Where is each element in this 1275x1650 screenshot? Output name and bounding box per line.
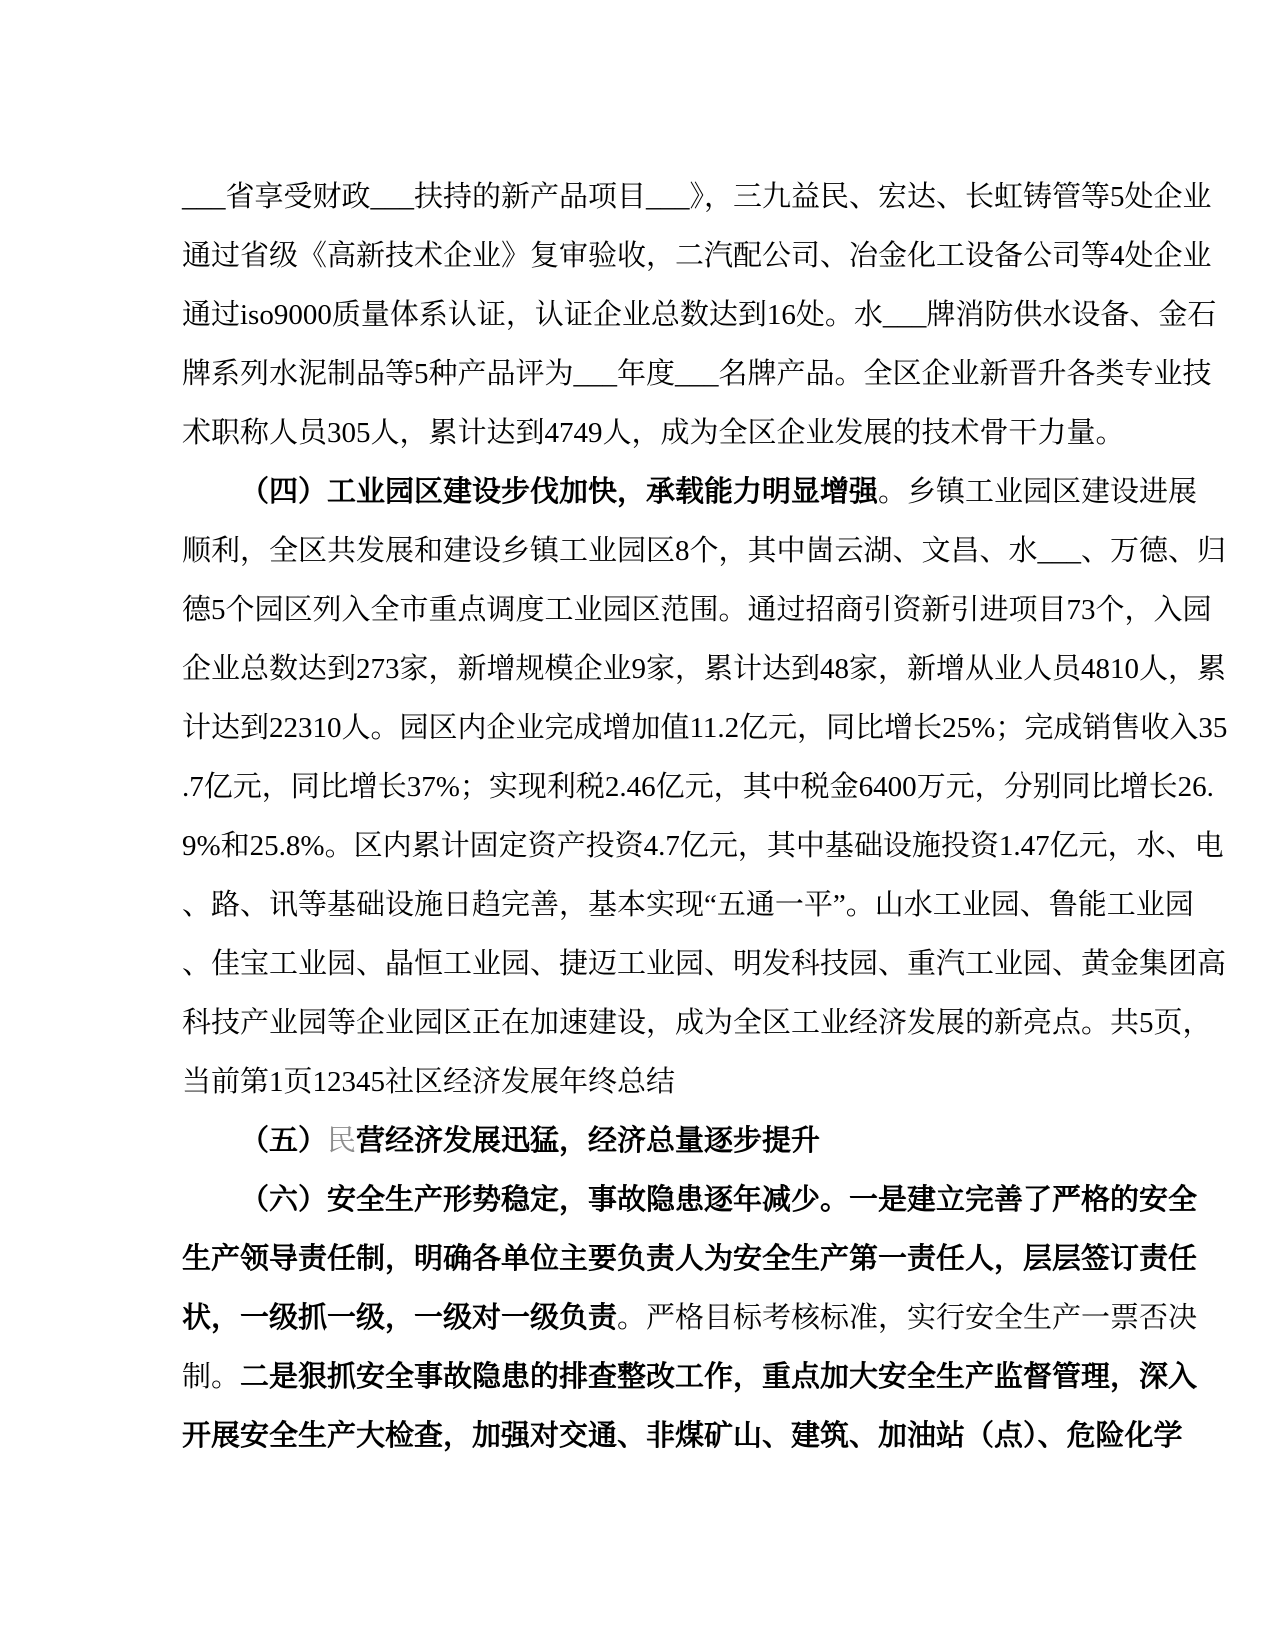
text-line: 状，一级抓一级，一级对一级负责。严格目标考核标准，实行安全生产一票否决 xyxy=(182,1289,1112,1348)
text-segment: 通过省级《高新技术企业》复审验收，二汽配公司、冶金化工设备公司等4处企业 xyxy=(182,240,1212,272)
text-segment: 状，一级抓一级，一级对一级负责 xyxy=(182,1302,617,1334)
text-segment: 二是狠抓安全事故隐患的排查整改工作，重点加大安全生产监督管理，深入 xyxy=(240,1361,1197,1393)
text-segment: 9%和25.8%。区内累计固定资产投资4.7亿元，其中基础设施投资1.47亿元，… xyxy=(182,830,1224,862)
text-segment: 开展安全生产大检查，加强对交通、非煤矿山、建筑、加油站（点）、危险化学 xyxy=(182,1420,1183,1452)
text-segment: 科技产业园等企业园区正在加速建设，成为全区工业经济发展的新亮点。共5页， xyxy=(182,1007,1212,1039)
text-segment: 企业总数达到273家，新增规模企业9家，累计达到48家，新增从业人员4810人，… xyxy=(182,653,1226,685)
text-segment: （四）工业园区建设步伐加快，承载能力明显增强 xyxy=(240,476,878,508)
text-segment: 生产领导责任制，明确各单位主要负责人为安全生产第一责任人，层层签订责任 xyxy=(182,1243,1197,1275)
text-line: 9%和25.8%。区内累计固定资产投资4.7亿元，其中基础设施投资1.47亿元，… xyxy=(182,817,1112,876)
text-segment: 顺利，全区共发展和建设乡镇工业园区8个，其中崮云湖、文昌、水___、万德、归 xyxy=(182,535,1226,567)
text-line: （四）工业园区建设步伐加快，承载能力明显增强。乡镇工业园区建设进展 xyxy=(182,463,1112,522)
text-segment: （六）安全生产形势稳定，事故隐患逐年减少。一是建立完善了严格的安全 xyxy=(240,1184,1197,1216)
text-segment: ___省享受财政___扶持的新产品项目___》，三九益民、宏达、长虹铸管等5处企… xyxy=(182,181,1212,213)
text-line: （五）民营经济发展迅猛，经济总量逐步提升 xyxy=(182,1112,1112,1171)
text-line: 制。二是狠抓安全事故隐患的排查整改工作，重点加大安全生产监督管理，深入 xyxy=(182,1348,1112,1407)
text-segment: 牌系列水泥制品等5种产品评为___年度___名牌产品。全区企业新晋升各类专业技 xyxy=(182,358,1212,390)
text-segment: 制。 xyxy=(182,1361,240,1393)
text-line: 德5个园区列入全市重点调度工业园区范围。通过招商引资新引进项目73个，入园 xyxy=(182,581,1112,640)
text-line: 当前第1页12345社区经济发展年终总结 xyxy=(182,1053,1112,1112)
text-line: 牌系列水泥制品等5种产品评为___年度___名牌产品。全区企业新晋升各类专业技 xyxy=(182,345,1112,404)
text-segment: 民 xyxy=(327,1125,356,1157)
text-line: ___省享受财政___扶持的新产品项目___》，三九益民、宏达、长虹铸管等5处企… xyxy=(182,168,1112,227)
text-segment: 术职称人员305人，累计达到4749人，成为全区企业发展的技术骨干力量。 xyxy=(182,417,1125,449)
text-segment: 德5个园区列入全市重点调度工业园区范围。通过招商引资新引进项目73个，入园 xyxy=(182,594,1212,626)
text-segment: 计达到22310人。园区内企业完成增加值11.2亿元，同比增长25%；完成销售收… xyxy=(182,712,1227,744)
text-segment: （五） xyxy=(240,1125,327,1157)
text-line: 术职称人员305人，累计达到4749人，成为全区企业发展的技术骨干力量。 xyxy=(182,404,1112,463)
text-line: 开展安全生产大检查，加强对交通、非煤矿山、建筑、加油站（点）、危险化学 xyxy=(182,1407,1112,1466)
text-line: 通过iso9000质量体系认证，认证企业总数达到16处。水___牌消防供水设备、… xyxy=(182,286,1112,345)
text-line: 、佳宝工业园、晶恒工业园、捷迈工业园、明发科技园、重汽工业园、黄金集团高 xyxy=(182,935,1112,994)
text-segment: 。乡镇工业园区建设进展 xyxy=(878,476,1197,508)
text-line: 企业总数达到273家，新增规模企业9家，累计达到48家，新增从业人员4810人，… xyxy=(182,640,1112,699)
text-line: （六）安全生产形势稳定，事故隐患逐年减少。一是建立完善了严格的安全 xyxy=(182,1171,1112,1230)
text-line: 计达到22310人。园区内企业完成增加值11.2亿元，同比增长25%；完成销售收… xyxy=(182,699,1112,758)
text-segment: 、佳宝工业园、晶恒工业园、捷迈工业园、明发科技园、重汽工业园、黄金集团高 xyxy=(182,948,1226,980)
text-line: 生产领导责任制，明确各单位主要负责人为安全生产第一责任人，层层签订责任 xyxy=(182,1230,1112,1289)
text-line: 、路、讯等基础设施日趋完善，基本实现“五通一平”。山水工业园、鲁能工业园 xyxy=(182,876,1112,935)
text-segment: .7亿元，同比增长37%；实现利税2.46亿元，其中税金6400万元，分别同比增… xyxy=(182,771,1214,803)
text-segment: 营经济发展迅猛，经济总量逐步提升 xyxy=(356,1125,820,1157)
text-segment: 当前第1页12345社区经济发展年终总结 xyxy=(182,1066,675,1098)
text-line: 科技产业园等企业园区正在加速建设，成为全区工业经济发展的新亮点。共5页， xyxy=(182,994,1112,1053)
text-line: 顺利，全区共发展和建设乡镇工业园区8个，其中崮云湖、文昌、水___、万德、归 xyxy=(182,522,1112,581)
text-line: .7亿元，同比增长37%；实现利税2.46亿元，其中税金6400万元，分别同比增… xyxy=(182,758,1112,817)
text-segment: 。严格目标考核标准，实行安全生产一票否决 xyxy=(617,1302,1197,1334)
text-segment: 、路、讯等基础设施日趋完善，基本实现“五通一平”。山水工业园、鲁能工业园 xyxy=(182,889,1194,921)
text-segment: 通过iso9000质量体系认证，认证企业总数达到16处。水___牌消防供水设备、… xyxy=(182,299,1216,331)
document-page: ___省享受财政___扶持的新产品项目___》，三九益民、宏达、长虹铸管等5处企… xyxy=(182,168,1112,1466)
text-line: 通过省级《高新技术企业》复审验收，二汽配公司、冶金化工设备公司等4处企业 xyxy=(182,227,1112,286)
